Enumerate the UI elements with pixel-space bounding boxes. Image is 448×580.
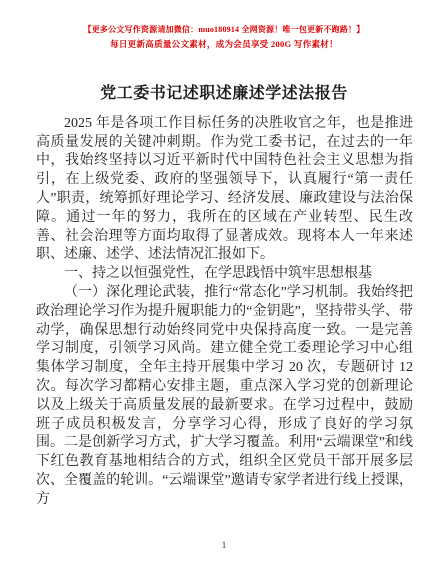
promo-banner: 【更多公文写作资源请加微信：muo180914 全网资源！唯一包更新不跑路！】 … [0,0,448,49]
paragraph-section-1: （一）深化理论武装，推行“常态化”学习机制。我始终把政治理论学习作为提升履职能力… [36,284,413,510]
paragraph-intro: 2025 年是各项工作目标任务的决胜收官之年，也是推进高质量发展的关键冲刺期。作… [36,115,413,265]
document-page: 【更多公文写作资源请加微信：muo180914 全网资源！唯一包更新不跑路！】 … [0,0,448,580]
document-title: 党工委书记述职述廉述学述法报告 [0,80,448,103]
document-body: 2025 年是各项工作目标任务的决胜收官之年，也是推进高质量发展的关键冲刺期。作… [36,115,413,510]
promo-banner-line-1: 【更多公文写作资源请加微信：muo180914 全网资源！唯一包更新不跑路！】 [0,25,448,35]
promo-banner-line-2: 每日更新高质量公文素材，成为会员享受 200G 写作素材！ [0,39,448,49]
section-heading-1: 一、持之以恒强党性，在学思践悟中筑牢思想根基 [36,265,413,284]
page-number: 1 [0,541,448,551]
